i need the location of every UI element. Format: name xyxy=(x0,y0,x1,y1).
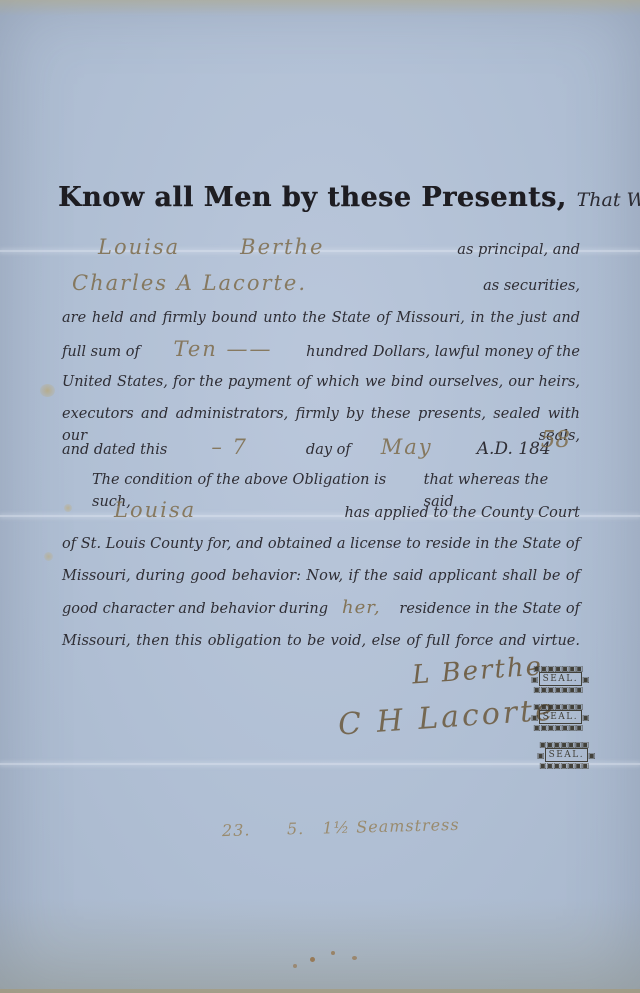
applicant-line: Louisa has applied to the County Court xyxy=(62,499,580,524)
security-line: Charles A Lacorte. as securities, xyxy=(62,272,610,297)
seal-border-right: ▣ xyxy=(582,713,590,722)
printed-good-character: good character and behavior during xyxy=(62,598,328,620)
seal-stamp: ▣▣▣▣▣▣▣ ▣ SEAL. ▣ ▣▣▣▣▣▣▣ xyxy=(531,665,585,693)
stain xyxy=(293,964,297,968)
dated-line: and dated this – 7 day of May A.D. 184 5… xyxy=(62,436,580,461)
seal-border-top: ▣▣▣▣▣▣▣ xyxy=(533,703,582,710)
seal-border-left: ▣ xyxy=(537,751,545,760)
seal-border-left: ▣ xyxy=(531,713,539,722)
seal-border-bottom: ▣▣▣▣▣▣▣ xyxy=(533,724,582,731)
during-line: good character and behavior during her, … xyxy=(62,597,580,620)
body-line-6: Missouri, then this obligation to be voi… xyxy=(62,630,580,652)
sum-line: full sum of Ten —— hundred Dollars, lawf… xyxy=(62,338,580,363)
seal-border-bottom: ▣▣▣▣▣▣▣ xyxy=(533,686,582,693)
headline-blackletter: Know all Men by these Presents, xyxy=(58,182,567,213)
signature-security: C H Lacorte xyxy=(337,692,557,742)
body-line-5: Missouri, during good behavior: Now, if … xyxy=(62,565,580,587)
handwritten-year-digits: 58 xyxy=(541,429,570,451)
printed-has-applied: has applied to the County Court xyxy=(344,502,580,524)
seal-border-top: ▣▣▣▣▣▣▣ xyxy=(533,665,582,672)
stain xyxy=(40,384,55,397)
seal-stamp: ▣▣▣▣▣▣▣ ▣ SEAL. ▣ ▣▣▣▣▣▣▣ xyxy=(537,741,591,769)
handwritten-security-name: Charles A Lacorte. xyxy=(72,272,307,294)
seal-border-right: ▣ xyxy=(588,751,596,760)
printed-year: A.D. 184 xyxy=(477,438,551,460)
stain xyxy=(331,951,335,955)
printed-full-sum-of: full sum of xyxy=(62,341,140,363)
signature-principal: L Berthe xyxy=(411,651,544,690)
seal-stamp: ▣▣▣▣▣▣▣ ▣ SEAL. ▣ ▣▣▣▣▣▣▣ xyxy=(531,703,585,731)
handwritten-month: May xyxy=(381,436,433,458)
body-line-4: of St. Louis County for, and obtained a … xyxy=(62,533,580,555)
handwritten-principal-first-name: Louisa xyxy=(98,236,180,258)
stain xyxy=(310,957,315,962)
headline: Know all Men by these Presents, That We. xyxy=(58,182,584,213)
handwritten-sum-amount: Ten —— xyxy=(140,338,306,360)
printed-hundred-dollars: hundred Dollars, lawful money of the xyxy=(306,341,580,363)
document-page: Know all Men by these Presents, That We.… xyxy=(0,0,640,993)
handwritten-applicant-name: Louisa xyxy=(114,499,196,521)
printed-as-securities: as securities, xyxy=(483,275,580,297)
stain xyxy=(352,956,357,960)
seal-label: SEAL. xyxy=(545,748,589,762)
body-line-2: United States, for the payment of which … xyxy=(62,371,580,393)
handwritten-principal-last-name: Berthe xyxy=(240,236,324,258)
body-line-1: are held and firmly bound unto the State… xyxy=(62,307,580,329)
seal-border-bottom: ▣▣▣▣▣▣▣ xyxy=(539,762,588,769)
paper-top-edge xyxy=(0,0,640,16)
printed-day-of: day of xyxy=(306,439,351,461)
printed-as-principal: as principal, and xyxy=(457,239,580,261)
seal-label: SEAL. xyxy=(539,710,583,724)
seal-label: SEAL. xyxy=(539,672,583,686)
seal-border-top: ▣▣▣▣▣▣▣ xyxy=(539,741,588,748)
stain xyxy=(44,552,53,561)
headline-that-we: That We. xyxy=(577,189,640,211)
seal-border-left: ▣ xyxy=(531,675,539,684)
handwritten-annotation: 23. 5. 1½ Seamstress xyxy=(222,815,460,840)
printed-and-dated-this: and dated this xyxy=(62,439,167,461)
seal-border-right: ▣ xyxy=(582,675,590,684)
paper-bottom-tint xyxy=(0,898,640,993)
paper-bottom-edge xyxy=(0,989,640,993)
handwritten-her: her, xyxy=(342,597,381,619)
handwritten-day: – 7 xyxy=(211,436,248,458)
principal-line: Louisa Berthe as principal, and xyxy=(62,236,610,261)
printed-residence: residence in the State of xyxy=(399,598,580,620)
